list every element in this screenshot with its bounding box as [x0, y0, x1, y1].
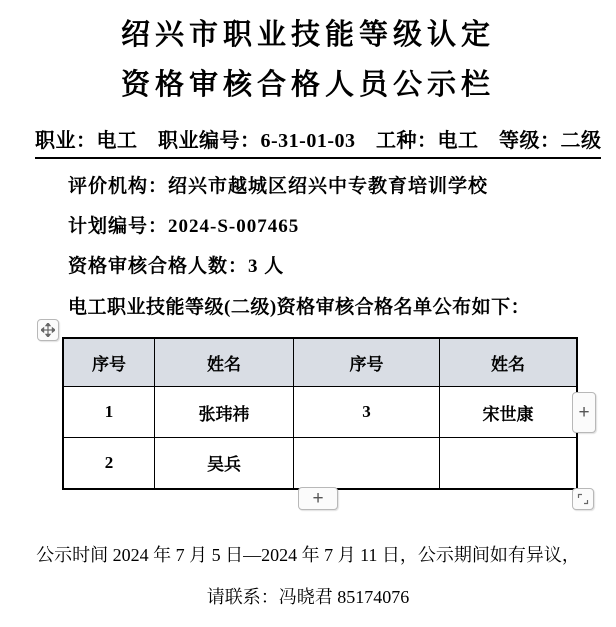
- table-header-row: 序号 姓名 序号 姓名: [63, 338, 577, 387]
- name-cell: 宋世康: [440, 387, 578, 438]
- column-header-serial-2: 序号: [294, 338, 440, 387]
- resize-diagonal-icon: [577, 493, 589, 505]
- column-header-serial-1: 序号: [63, 338, 155, 387]
- name-cell: 张玮祎: [155, 387, 294, 438]
- agency-line: 评价机构：绍兴市越城区绍兴中专教育培训学校: [68, 171, 488, 198]
- results-table: 序号 姓名 序号 姓名 1 张玮祎 3 宋世康 2 吴兵: [62, 337, 578, 490]
- table-row: 2 吴兵: [63, 438, 577, 489]
- serial-cell: 2: [63, 438, 155, 489]
- plus-icon: +: [578, 402, 589, 424]
- occupation-info-line: 职业：电工 职业编号：6-31-01-03 工种：电工 等级：二级: [35, 124, 601, 159]
- document-title-line1: 绍兴市职业技能等级认定: [0, 12, 616, 53]
- document-title-line2: 资格审核合格人员公示栏: [0, 62, 616, 103]
- move-icon: [41, 323, 55, 337]
- name-cell: 吴兵: [155, 438, 294, 489]
- table-move-handle[interactable]: [37, 319, 59, 341]
- contact-line: 请联系：冯晓君 85174076: [0, 583, 616, 609]
- column-header-name-1: 姓名: [155, 338, 294, 387]
- column-header-name-2: 姓名: [440, 338, 578, 387]
- table-resize-handle[interactable]: [572, 488, 594, 510]
- add-row-button[interactable]: +: [298, 487, 338, 510]
- table-row: 1 张玮祎 3 宋世康: [63, 387, 577, 438]
- serial-cell: 3: [294, 387, 440, 438]
- serial-cell: [294, 438, 440, 489]
- plan-number-line: 计划编号：2024-S-007465: [68, 211, 299, 238]
- document-page: 绍兴市职业技能等级认定 资格审核合格人员公示栏 职业：电工 职业编号：6-31-…: [0, 0, 616, 627]
- serial-cell: 1: [63, 387, 155, 438]
- add-column-button[interactable]: +: [572, 392, 596, 433]
- notice-line: 公示时间 2024 年 7 月 5 日—2024 年 7 月 11 日，公示期间…: [0, 541, 616, 567]
- name-cell: [440, 438, 578, 489]
- list-intro-line: 电工职业技能等级(二级)资格审核合格名单公布如下：: [68, 292, 530, 319]
- plus-icon: +: [312, 488, 323, 510]
- pass-count-line: 资格审核合格人数：3 人: [68, 251, 284, 278]
